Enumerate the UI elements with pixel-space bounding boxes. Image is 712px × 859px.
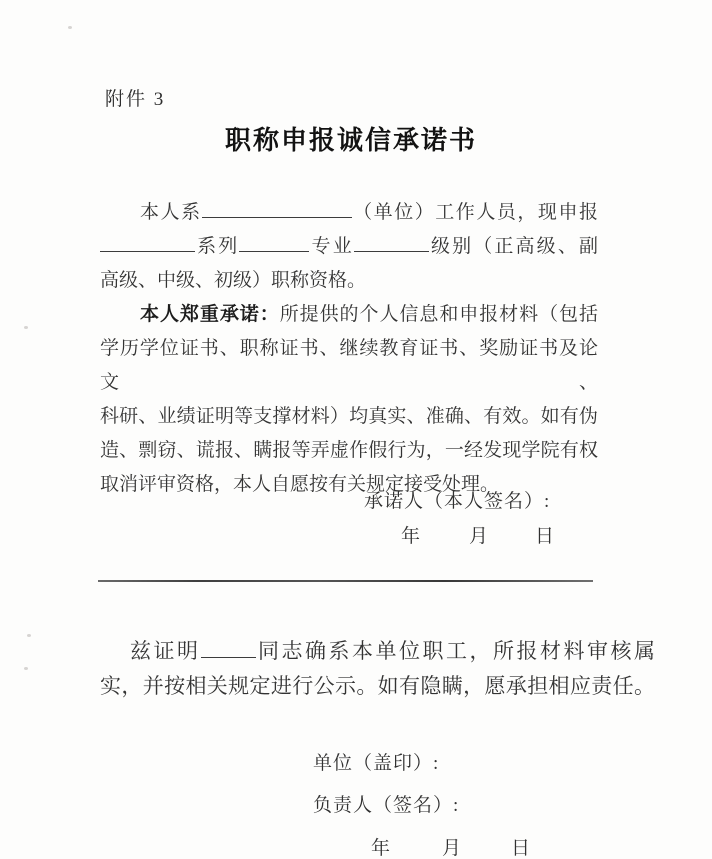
blank-underline (354, 232, 429, 252)
paragraph-commitment: 本人郑重承诺：所提供的个人信息和申报材料（包括学历学位证书、职称证书、继续教育证… (100, 298, 598, 502)
text-run: 同志确系本单位职工，所报材料审核属 (256, 639, 656, 663)
text-line: 本人系（单位）工作人员，现申报 (100, 196, 598, 230)
commitment-date-line: 年月日 (401, 521, 554, 548)
text-run: 实，并按相关规定进行公示。如有隐瞒，愿承担相应责任。 (100, 674, 655, 698)
text-line: 科研、业绩证明等支撑材料）均真实、准确、有效。如有伪 (100, 400, 598, 434)
section-divider-line (98, 580, 593, 582)
blank-underline (100, 232, 195, 252)
blank-underline (202, 198, 352, 218)
blank-underline (201, 636, 256, 658)
text-run: 高级、中级、初级）职称资格。 (100, 270, 366, 291)
unit-seal-label: 单位（盖印）: (313, 748, 439, 775)
scan-speckle (68, 26, 72, 29)
text-line: 实，并按相关规定进行公示。如有隐瞒，愿承担相应责任。 (100, 669, 655, 704)
text-run: 所提供的个人信息和申报材料（包括 (280, 304, 598, 325)
text-run: 本人系 (140, 202, 202, 223)
text-line: 造、剽窃、谎报、瞒报等弄虚作假行为，一经发现学院有权 (100, 434, 598, 468)
text-line: 系列专业级别（正高级、副 (100, 230, 598, 264)
scan-speckle (27, 634, 31, 637)
date-month-label: 月 (442, 838, 461, 859)
text-line: 高级、中级、初级）职称资格。 (100, 264, 598, 298)
text-run: （单位）工作人员，现申报 (352, 202, 598, 223)
text-line: 兹证明同志确系本单位职工，所报材料审核属 (100, 634, 655, 669)
paragraph-application: 本人系（单位）工作人员，现申报系列专业级别（正高级、副高级、中级、初级）职称资格… (100, 196, 598, 298)
scan-speckle (24, 326, 28, 329)
responsible-person-signature-label: 负责人（签名）: (313, 790, 459, 817)
text-run: 科研、业绩证明等支撑材料）均真实、准确、有效。如有伪 (100, 406, 598, 427)
date-year-label: 年 (371, 838, 390, 859)
text-run: 兹证明 (130, 639, 201, 663)
paragraph-certification: 兹证明同志确系本单位职工，所报材料审核属实，并按相关规定进行公示。如有隐瞒，愿承… (100, 634, 655, 703)
date-year-label: 年 (401, 526, 420, 547)
date-day-label: 日 (511, 838, 530, 859)
text-run: 造、剽窃、谎报、瞒报等弄虚作假行为，一经发现学院有权 (100, 440, 598, 461)
text-run: 学历学位证书、职称证书、继续教育证书、奖励证书及论文、 (100, 338, 598, 393)
scan-speckle (24, 667, 28, 670)
blank-underline (239, 232, 309, 252)
text-run: 系列 (195, 236, 239, 257)
text-run: 本人郑重承诺： (140, 304, 280, 325)
text-run: 专业 (309, 236, 353, 257)
text-run: 级别（正高级、副 (429, 236, 598, 257)
date-day-label: 日 (535, 526, 554, 547)
date-month-label: 月 (469, 526, 488, 547)
text-line: 学历学位证书、职称证书、继续教育证书、奖励证书及论文、 (100, 332, 598, 400)
document-title: 职称申报诚信承诺书 (0, 120, 702, 157)
text-line: 本人郑重承诺：所提供的个人信息和申报材料（包括 (100, 298, 598, 332)
unit-date-line: 年月日 (371, 833, 530, 859)
promiser-signature-label: 承诺人（本人签名）: (364, 486, 550, 513)
scanned-document-page: 附件 3 职称申报诚信承诺书 本人系（单位）工作人员，现申报系列专业级别（正高级… (0, 0, 712, 859)
attachment-label: 附件 3 (105, 84, 165, 111)
